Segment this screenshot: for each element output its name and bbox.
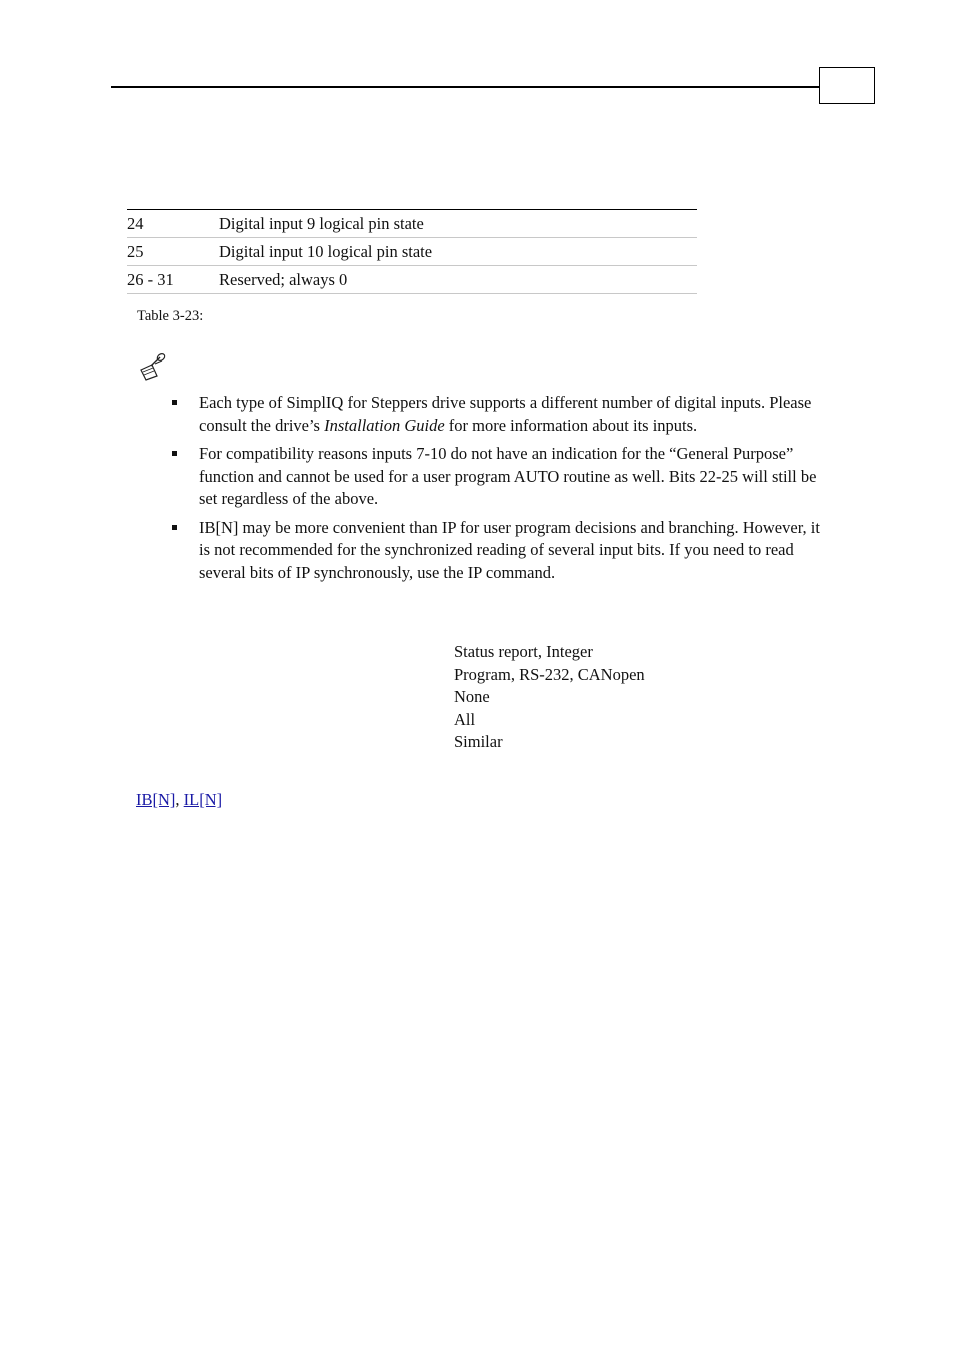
description-cell: Reserved; always 0 bbox=[219, 266, 697, 293]
bullet-icon bbox=[172, 400, 177, 405]
property-restrictions: None bbox=[454, 686, 645, 709]
table-row: 25 Digital input 10 logical pin state bbox=[127, 238, 697, 266]
note-emphasis: Installation Guide bbox=[324, 416, 445, 435]
note-pencil-icon bbox=[138, 352, 168, 382]
note-item: Each type of SimplIQ for Steppers drive … bbox=[172, 392, 832, 437]
link-il[interactable]: IL[N] bbox=[184, 790, 222, 809]
command-properties: Status report, Integer Program, RS-232, … bbox=[454, 641, 645, 754]
see-also: IB[N], IL[N] bbox=[136, 789, 222, 811]
bullet-icon bbox=[172, 451, 177, 456]
note-item: IB[N] may be more convenient than IP for… bbox=[172, 517, 832, 585]
table-row: 24 Digital input 9 logical pin state bbox=[127, 210, 697, 238]
page-number-box bbox=[819, 67, 875, 104]
table-row: 26 - 31 Reserved; always 0 bbox=[127, 266, 697, 294]
table-caption: Table 3-23: bbox=[137, 306, 203, 326]
link-ib[interactable]: IB[N] bbox=[136, 790, 175, 809]
note-text: IB[N] may be more convenient than IP for… bbox=[199, 518, 820, 582]
description-cell: Digital input 10 logical pin state bbox=[219, 238, 697, 265]
bit-cell: 24 bbox=[127, 210, 219, 237]
bit-cell: 25 bbox=[127, 238, 219, 265]
property-type: Status report, Integer bbox=[454, 641, 645, 664]
property-source: Program, RS-232, CANopen bbox=[454, 664, 645, 687]
notes-list: Each type of SimplIQ for Steppers drive … bbox=[172, 392, 832, 590]
link-separator: , bbox=[175, 790, 183, 809]
description-cell: Digital input 9 logical pin state bbox=[219, 210, 697, 237]
bullet-icon bbox=[172, 525, 177, 530]
header-rule bbox=[111, 86, 819, 88]
bit-cell: 26 - 31 bbox=[127, 266, 219, 293]
note-item: For compatibility reasons inputs 7-10 do… bbox=[172, 443, 832, 511]
bit-description-table: 24 Digital input 9 logical pin state 25 … bbox=[127, 209, 697, 294]
note-text: for more information about its inputs. bbox=[445, 416, 698, 435]
property-drives: All bbox=[454, 709, 645, 732]
note-text: For compatibility reasons inputs 7-10 do… bbox=[199, 444, 816, 508]
property-compatibility: Similar bbox=[454, 731, 645, 754]
